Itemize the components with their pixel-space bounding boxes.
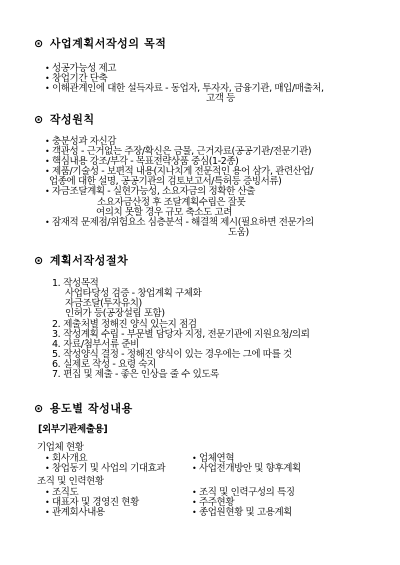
section-heading-usage: ⊙용도별 작성내용 xyxy=(34,403,133,415)
section-marker-icon: ⊙ xyxy=(34,255,44,267)
bullet-text: 잠재적 문제점/위험요소 심층분석 - 해결책 제시(필요하면 전문가의 xyxy=(52,217,314,228)
bullet-icon: • xyxy=(45,498,52,508)
bullet-icon: • xyxy=(45,84,52,94)
bullet-icon: • xyxy=(192,498,199,508)
section-marker-icon: ⊙ xyxy=(34,403,44,415)
bullet-continuation: 도움) xyxy=(228,228,249,238)
bullet-icon: • xyxy=(192,454,199,464)
group-title-text: 기업체 현황 xyxy=(37,442,84,453)
bullet-icon: • xyxy=(45,488,52,498)
bullet-icon: • xyxy=(192,488,199,498)
bullet-text: 도움) xyxy=(228,227,249,238)
bullet-icon: • xyxy=(45,64,52,74)
bullet-text: 자금조달계획 - 실현가능성, 소요자금의 정확한 산출 xyxy=(52,186,255,197)
item-text: 편집 및 제출 - 좋은 인상을 줄 수 있도록 xyxy=(63,369,219,380)
bullet-item: •자금조달계획 - 실현가능성, 소요자금의 정확한 산출 xyxy=(45,187,255,197)
bullet-text: 창업동기 및 사업의 기대효과 xyxy=(52,463,165,474)
bullet-item: •이해관계인에 대한 설득자료 - 동업자, 투자자, 금융기관, 매입/매출처… xyxy=(45,84,324,94)
subtitle-text: [외부기관제출용] xyxy=(38,424,107,435)
bullet-text: 이해관계인에 대한 설득자료 - 동업자, 투자자, 금융기관, 매입/매출처, xyxy=(52,83,324,94)
bullet-item: •잠재적 문제점/위험요소 심층분석 - 해결책 제시(필요하면 전문가의 xyxy=(45,218,314,228)
item-text: 인허가 등(공장설립 포함) xyxy=(65,308,165,319)
bullet-icon: • xyxy=(45,454,52,464)
numbered-sub-item: 인허가 등(공장설립 포함) xyxy=(65,309,165,319)
bullet-icon: • xyxy=(45,74,52,84)
group-title-text: 조직 및 인력현황 xyxy=(37,476,104,487)
bullet-text: 종업원현황 및 고용계획 xyxy=(199,507,292,518)
section-heading-purpose: ⊙사업계획서작성의 목적 xyxy=(34,38,167,50)
section-heading-procedure: ⊙계획서작성절차 xyxy=(34,255,128,267)
usage-subtitle: [외부기관제출용] xyxy=(38,425,107,435)
bullet-text: 고객 등 xyxy=(206,93,235,104)
bullet-icon: • xyxy=(45,464,52,474)
section-title: 사업계획서작성의 목적 xyxy=(50,37,167,50)
bullet-item: •창업동기 및 사업의 기대효과 xyxy=(45,464,165,474)
bullet-item: •관계회사내용 xyxy=(45,508,105,518)
section-heading-principles: ⊙작성원칙 xyxy=(34,114,95,126)
bullet-icon: • xyxy=(192,464,199,474)
item-number: 1. xyxy=(52,279,60,289)
bullet-icon: • xyxy=(45,147,52,157)
bullet-icon: • xyxy=(45,508,52,518)
bullet-text: 사업전개방안 및 향후계획 xyxy=(199,463,301,474)
section-title: 작성원칙 xyxy=(50,113,95,126)
section-marker-icon: ⊙ xyxy=(34,38,44,50)
bullet-icon: • xyxy=(192,508,199,518)
document-page: ⊙사업계획서작성의 목적 •성공가능성 제고 •창업기간 단축 •이해관계인에 … xyxy=(0,0,400,565)
section-marker-icon: ⊙ xyxy=(34,114,44,126)
bullet-icon: • xyxy=(45,218,52,228)
bullet-icon: • xyxy=(45,187,52,197)
bullet-icon: • xyxy=(45,137,52,147)
section-title: 용도별 작성내용 xyxy=(50,402,133,415)
numbered-item: 7.편집 및 제출 - 좋은 인상을 줄 수 있도록 xyxy=(52,370,219,380)
bullet-item: •사업전개방안 및 향후계획 xyxy=(192,464,301,474)
bullet-continuation: 고객 등 xyxy=(206,94,235,104)
bullet-text: 관계회사내용 xyxy=(52,507,105,518)
group-title: 조직 및 인력현황 xyxy=(37,477,104,487)
group-title: 기업체 현황 xyxy=(37,443,84,453)
bullet-icon: • xyxy=(45,157,52,167)
item-number: 7. xyxy=(52,370,60,380)
bullet-item: •종업원현황 및 고용계획 xyxy=(192,508,292,518)
section-title: 계획서작성절차 xyxy=(50,254,129,267)
